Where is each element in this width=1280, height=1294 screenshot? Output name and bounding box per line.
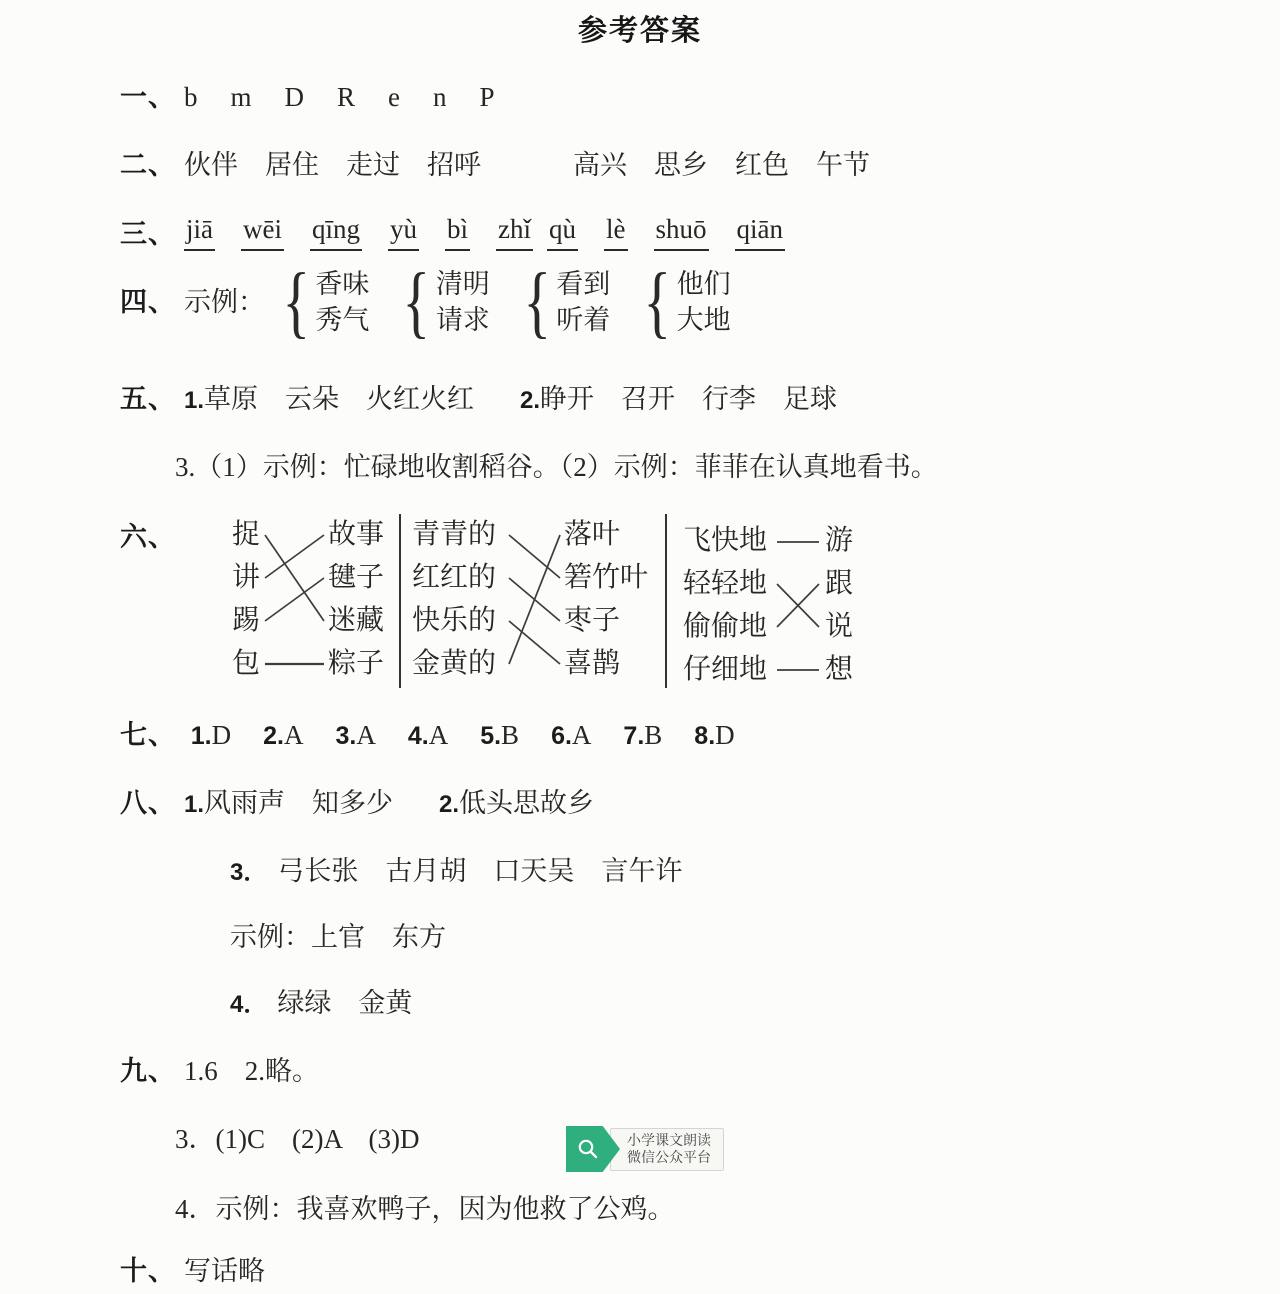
answer-text: 绿绿 金黄 [277, 988, 412, 1018]
pair-top: 他们 [677, 266, 731, 302]
word-pair: { 香味秀气 [277, 266, 369, 338]
match-lines [412, 520, 652, 692]
choice-answer: 5.B [480, 718, 519, 753]
matching-group-3: 飞快地 轻轻地 偷偷地 仔细地 游 跟 说 想 [683, 526, 863, 698]
section-five-line2: 3.（1）示例：忙碌地收割稻谷。（2）示例：菲菲在认真地看书。 [175, 450, 938, 484]
section-two-words-2: 高兴 思乡 红色 午节 [573, 150, 870, 180]
section-two-words-1: 伙伴 居住 走过 招呼 [184, 150, 481, 180]
answer-text: 1.6 2.略。 [184, 1056, 319, 1086]
answer-text: 示例：上官 东方 [230, 922, 446, 952]
section-ten-label: 十、 [120, 1256, 176, 1286]
pair-top: 香味 [315, 266, 369, 302]
match-lines [683, 526, 863, 698]
answer-key-page: 参考答案 一、b m D R e n P 二、伙伴 居住 走过 招呼高兴 思乡 … [0, 0, 1280, 1294]
word-pair: { 清明请求 [397, 266, 489, 338]
pinyin-word: qiān [735, 212, 786, 251]
section-nine-line2: 3．(1)C (2)A (3)D [175, 1122, 419, 1156]
wechat-badge: 小学课文朗读 微信公众平台 [566, 1126, 724, 1172]
answer-text: 低头思故乡 [459, 788, 594, 818]
pinyin-word: yù [388, 212, 419, 251]
choice-answer: 6.A [551, 718, 591, 753]
column-divider [399, 514, 401, 688]
choice-answer: 7.B [623, 718, 662, 753]
search-icon [575, 1136, 601, 1162]
pair-bottom: 听着 [556, 302, 610, 338]
item-number: 2. [439, 791, 459, 818]
word-pairs: { 香味秀气 { 清明请求 { 看到听着 { 他们大地 [277, 266, 731, 338]
section-seven: 七、 1.D 2.A 3.A 4.A 5.B 6.A 7.B 8.D [120, 718, 735, 753]
section-six-label: 六、 [120, 522, 176, 552]
section-four-prefix: 示例： [184, 285, 265, 319]
section-nine-label: 九、 [120, 1056, 176, 1086]
answer-sentence: 3.（1）示例：忙碌地收割稻谷。（2）示例：菲菲在认真地看书。 [175, 452, 938, 482]
pinyin-word: qù [547, 212, 578, 251]
answer-text: 弓长张 古月胡 口天吴 言午许 [277, 856, 682, 886]
section-four-label: 四、 [120, 285, 176, 319]
item-number: 3． [175, 1124, 216, 1154]
section-nine-line3: 4．示例：我喜欢鸭子，因为他救了公鸡。 [175, 1192, 675, 1226]
choice-answer: 2.A [263, 718, 303, 753]
section-six-label-row: 六、 [120, 520, 184, 554]
item-number: 4． [230, 991, 267, 1018]
choice-answer: 3.A [335, 718, 375, 753]
pinyin-word: qīng [310, 212, 362, 251]
brace-glyph: { [282, 266, 310, 338]
matching-group-1: 捉 讲 踢 包 故事 毽子 迷藏 粽子 [232, 520, 392, 692]
section-ten: 十、写话略 [120, 1254, 265, 1288]
brace-glyph: { [403, 266, 431, 338]
item-number: 1. [184, 387, 204, 414]
item-number: 4． [175, 1194, 216, 1224]
pair-bottom: 请求 [436, 302, 490, 338]
answer-text: 写话略 [184, 1256, 265, 1286]
section-three-label: 三、 [120, 217, 176, 251]
pair-top: 清明 [436, 266, 490, 302]
pinyin-word: zhǐ [496, 212, 533, 251]
answers-group: 草原 云朵 火红火红 [204, 384, 474, 414]
section-five-label: 五、 [120, 384, 176, 414]
item-number: 1. [184, 791, 204, 818]
section-eight-line1: 八、1.风雨声 知多少2.低头思故乡 [120, 786, 594, 822]
section-three: 三、 jiā wēi qīng yù bì zhǐ qù lè shuō qiā… [120, 212, 811, 251]
pair-bottom: 秀气 [315, 302, 369, 338]
pair-top: 看到 [556, 266, 610, 302]
brace-glyph: { [644, 266, 672, 338]
section-eight-line2: 3．弓长张 古月胡 口天吴 言午许 [230, 854, 682, 890]
answers-group: 睁开 召开 行李 足球 [540, 384, 837, 414]
matching-group-2: 青青的 红红的 快乐的 金黄的 落叶 箬竹叶 枣子 喜鹊 [412, 520, 652, 692]
badge-line1: 小学课文朗读 [627, 1132, 711, 1149]
section-one-answers: b m D R e n P [184, 82, 498, 112]
section-five-line1: 五、1.草原 云朵 火红火红2.睁开 召开 行李 足球 [120, 382, 837, 418]
brace-glyph: { [523, 266, 551, 338]
section-two-label: 二、 [120, 150, 176, 180]
answer-sentence: 示例：我喜欢鸭子，因为他救了公鸡。 [216, 1194, 675, 1224]
choice-answers: 1.D 2.A 3.A 4.A 5.B 6.A 7.B 8.D [191, 718, 735, 753]
section-eight-line4: 4．绿绿 金黄 [230, 986, 412, 1022]
pinyin-word: wēi [241, 212, 284, 251]
pinyin-word: lè [604, 212, 628, 251]
answer-text: (1)C (2)A (3)D [216, 1124, 420, 1154]
section-one: 一、b m D R e n P [120, 80, 498, 114]
match-lines [232, 520, 392, 692]
section-eight-label: 八、 [120, 788, 176, 818]
choice-answer: 8.D [694, 718, 734, 753]
choice-answer: 4.A [408, 718, 448, 753]
section-seven-label: 七、 [120, 720, 176, 750]
section-two: 二、伙伴 居住 走过 招呼高兴 思乡 红色 午节 [120, 148, 870, 182]
item-number: 3． [230, 859, 267, 886]
word-pair: { 他们大地 [638, 266, 730, 338]
section-nine-line1: 九、1.6 2.略。 [120, 1054, 319, 1088]
badge-text-box: 小学课文朗读 微信公众平台 [610, 1128, 724, 1171]
pair-bottom: 大地 [677, 302, 731, 338]
section-one-label: 一、 [120, 82, 176, 112]
pinyin-word: shuō [654, 212, 709, 251]
page-title: 参考答案 [0, 8, 1280, 49]
word-pair: { 看到听着 [518, 266, 610, 338]
section-eight-example: 示例：上官 东方 [230, 920, 446, 954]
answer-text: 风雨声 知多少 [204, 788, 393, 818]
item-number: 2. [520, 387, 540, 414]
pinyin-word: bì [445, 212, 470, 251]
badge-line2: 微信公众平台 [627, 1149, 711, 1166]
choice-answer: 1.D [191, 718, 231, 753]
pinyin-word: jiā [184, 212, 215, 251]
column-divider [665, 514, 667, 688]
section-four: 四、示例： { 香味秀气 { 清明请求 { 看到听着 { 他们大地 [120, 266, 731, 338]
